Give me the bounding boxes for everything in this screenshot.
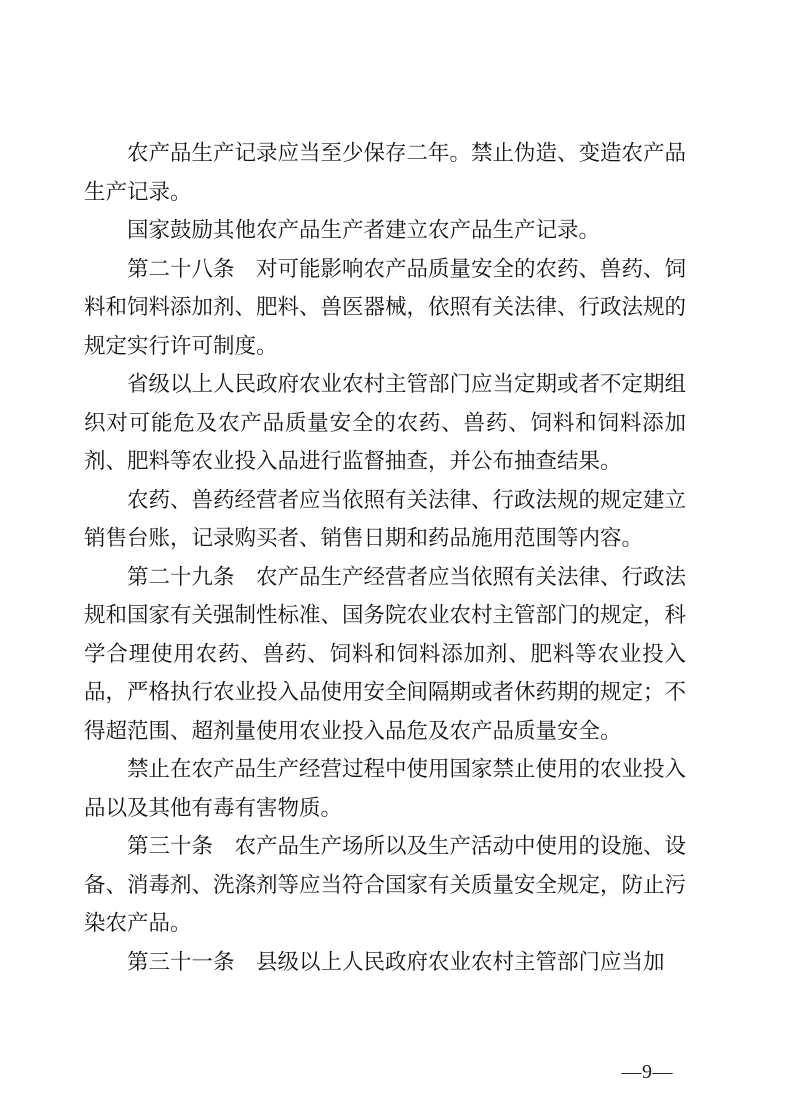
- document-body: 农产品生产记录应当至少保存二年。禁止伪造、变造农产品生产记录。 国家鼓励其他农产…: [84, 134, 686, 981]
- paragraph: 农产品生产记录应当至少保存二年。禁止伪造、变造农产品生产记录。: [84, 134, 686, 211]
- paragraph-article-30: 第三十条 农产品生产场所以及生产活动中使用的设施、设备、消毒剂、洗涤剂等应当符合…: [84, 827, 686, 943]
- paragraph: 省级以上人民政府农业农村主管部门应当定期或者不定期组织对可能危及农产品质量安全的…: [84, 365, 686, 481]
- page-number: —9—: [622, 1059, 674, 1085]
- document-page: 农产品生产记录应当至少保存二年。禁止伪造、变造农产品生产记录。 国家鼓励其他农产…: [0, 0, 786, 1115]
- paragraph-article-28: 第二十八条 对可能影响农产品质量安全的农药、兽药、饲料和饲料添加剂、肥料、兽医器…: [84, 250, 686, 366]
- paragraph: 国家鼓励其他农产品生产者建立农产品生产记录。: [84, 211, 686, 250]
- paragraph-article-29: 第二十九条 农产品生产经营者应当依照有关法律、行政法规和国家有关强制性标准、国务…: [84, 558, 686, 751]
- paragraph: 禁止在农产品生产经营过程中使用国家禁止使用的农业投入品以及其他有毒有害物质。: [84, 750, 686, 827]
- paragraph-article-31: 第三十一条 县级以上人民政府农业农村主管部门应当加: [84, 943, 686, 982]
- paragraph: 农药、兽药经营者应当依照有关法律、行政法规的规定建立销售台账，记录购买者、销售日…: [84, 481, 686, 558]
